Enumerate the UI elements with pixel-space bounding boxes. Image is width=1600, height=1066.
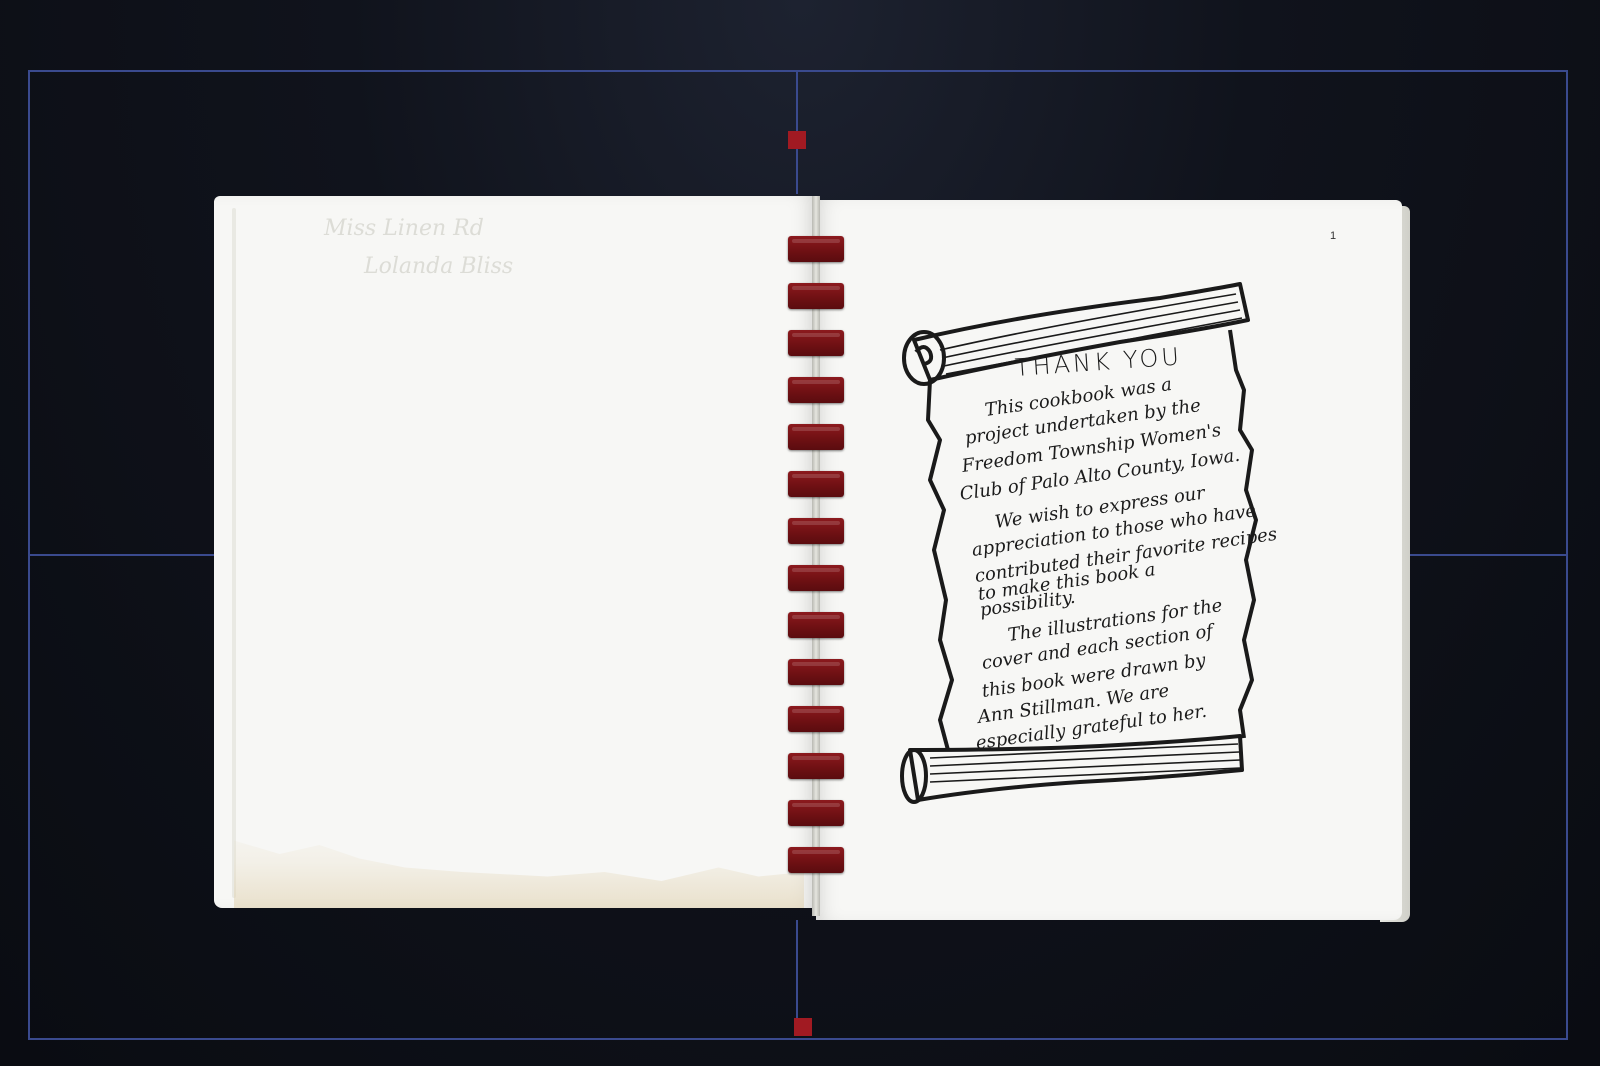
page-number: 1	[1330, 230, 1336, 242]
binding-coil	[788, 847, 844, 873]
center-guide-bottom	[796, 920, 798, 1020]
binding-coil	[788, 659, 844, 685]
binding-coil	[788, 706, 844, 732]
binding-coil	[788, 753, 844, 779]
bottom-center-marker	[794, 1018, 812, 1036]
bottom-guide-right	[836, 1038, 1568, 1040]
binding-coil	[788, 377, 844, 403]
binding-coil	[788, 424, 844, 450]
mid-guide-right	[1404, 554, 1568, 556]
binding-coil	[788, 565, 844, 591]
water-stain	[234, 818, 804, 908]
binding-coil	[788, 518, 844, 544]
binding-coil	[788, 236, 844, 262]
mid-guide-left	[28, 554, 214, 556]
top-center-marker	[788, 131, 806, 149]
faint-inscription: Miss Linen Rd	[324, 216, 484, 241]
left-page: Miss Linen Rd Lolanda Bliss	[214, 196, 814, 908]
binding-coil	[788, 283, 844, 309]
faint-inscription: Lolanda Bliss	[364, 254, 513, 279]
binding-coil	[788, 330, 844, 356]
binding-coil	[788, 471, 844, 497]
binding-coil	[788, 800, 844, 826]
page-edge	[232, 208, 236, 898]
binding-coil	[788, 612, 844, 638]
bottom-guide-left	[28, 1038, 776, 1040]
